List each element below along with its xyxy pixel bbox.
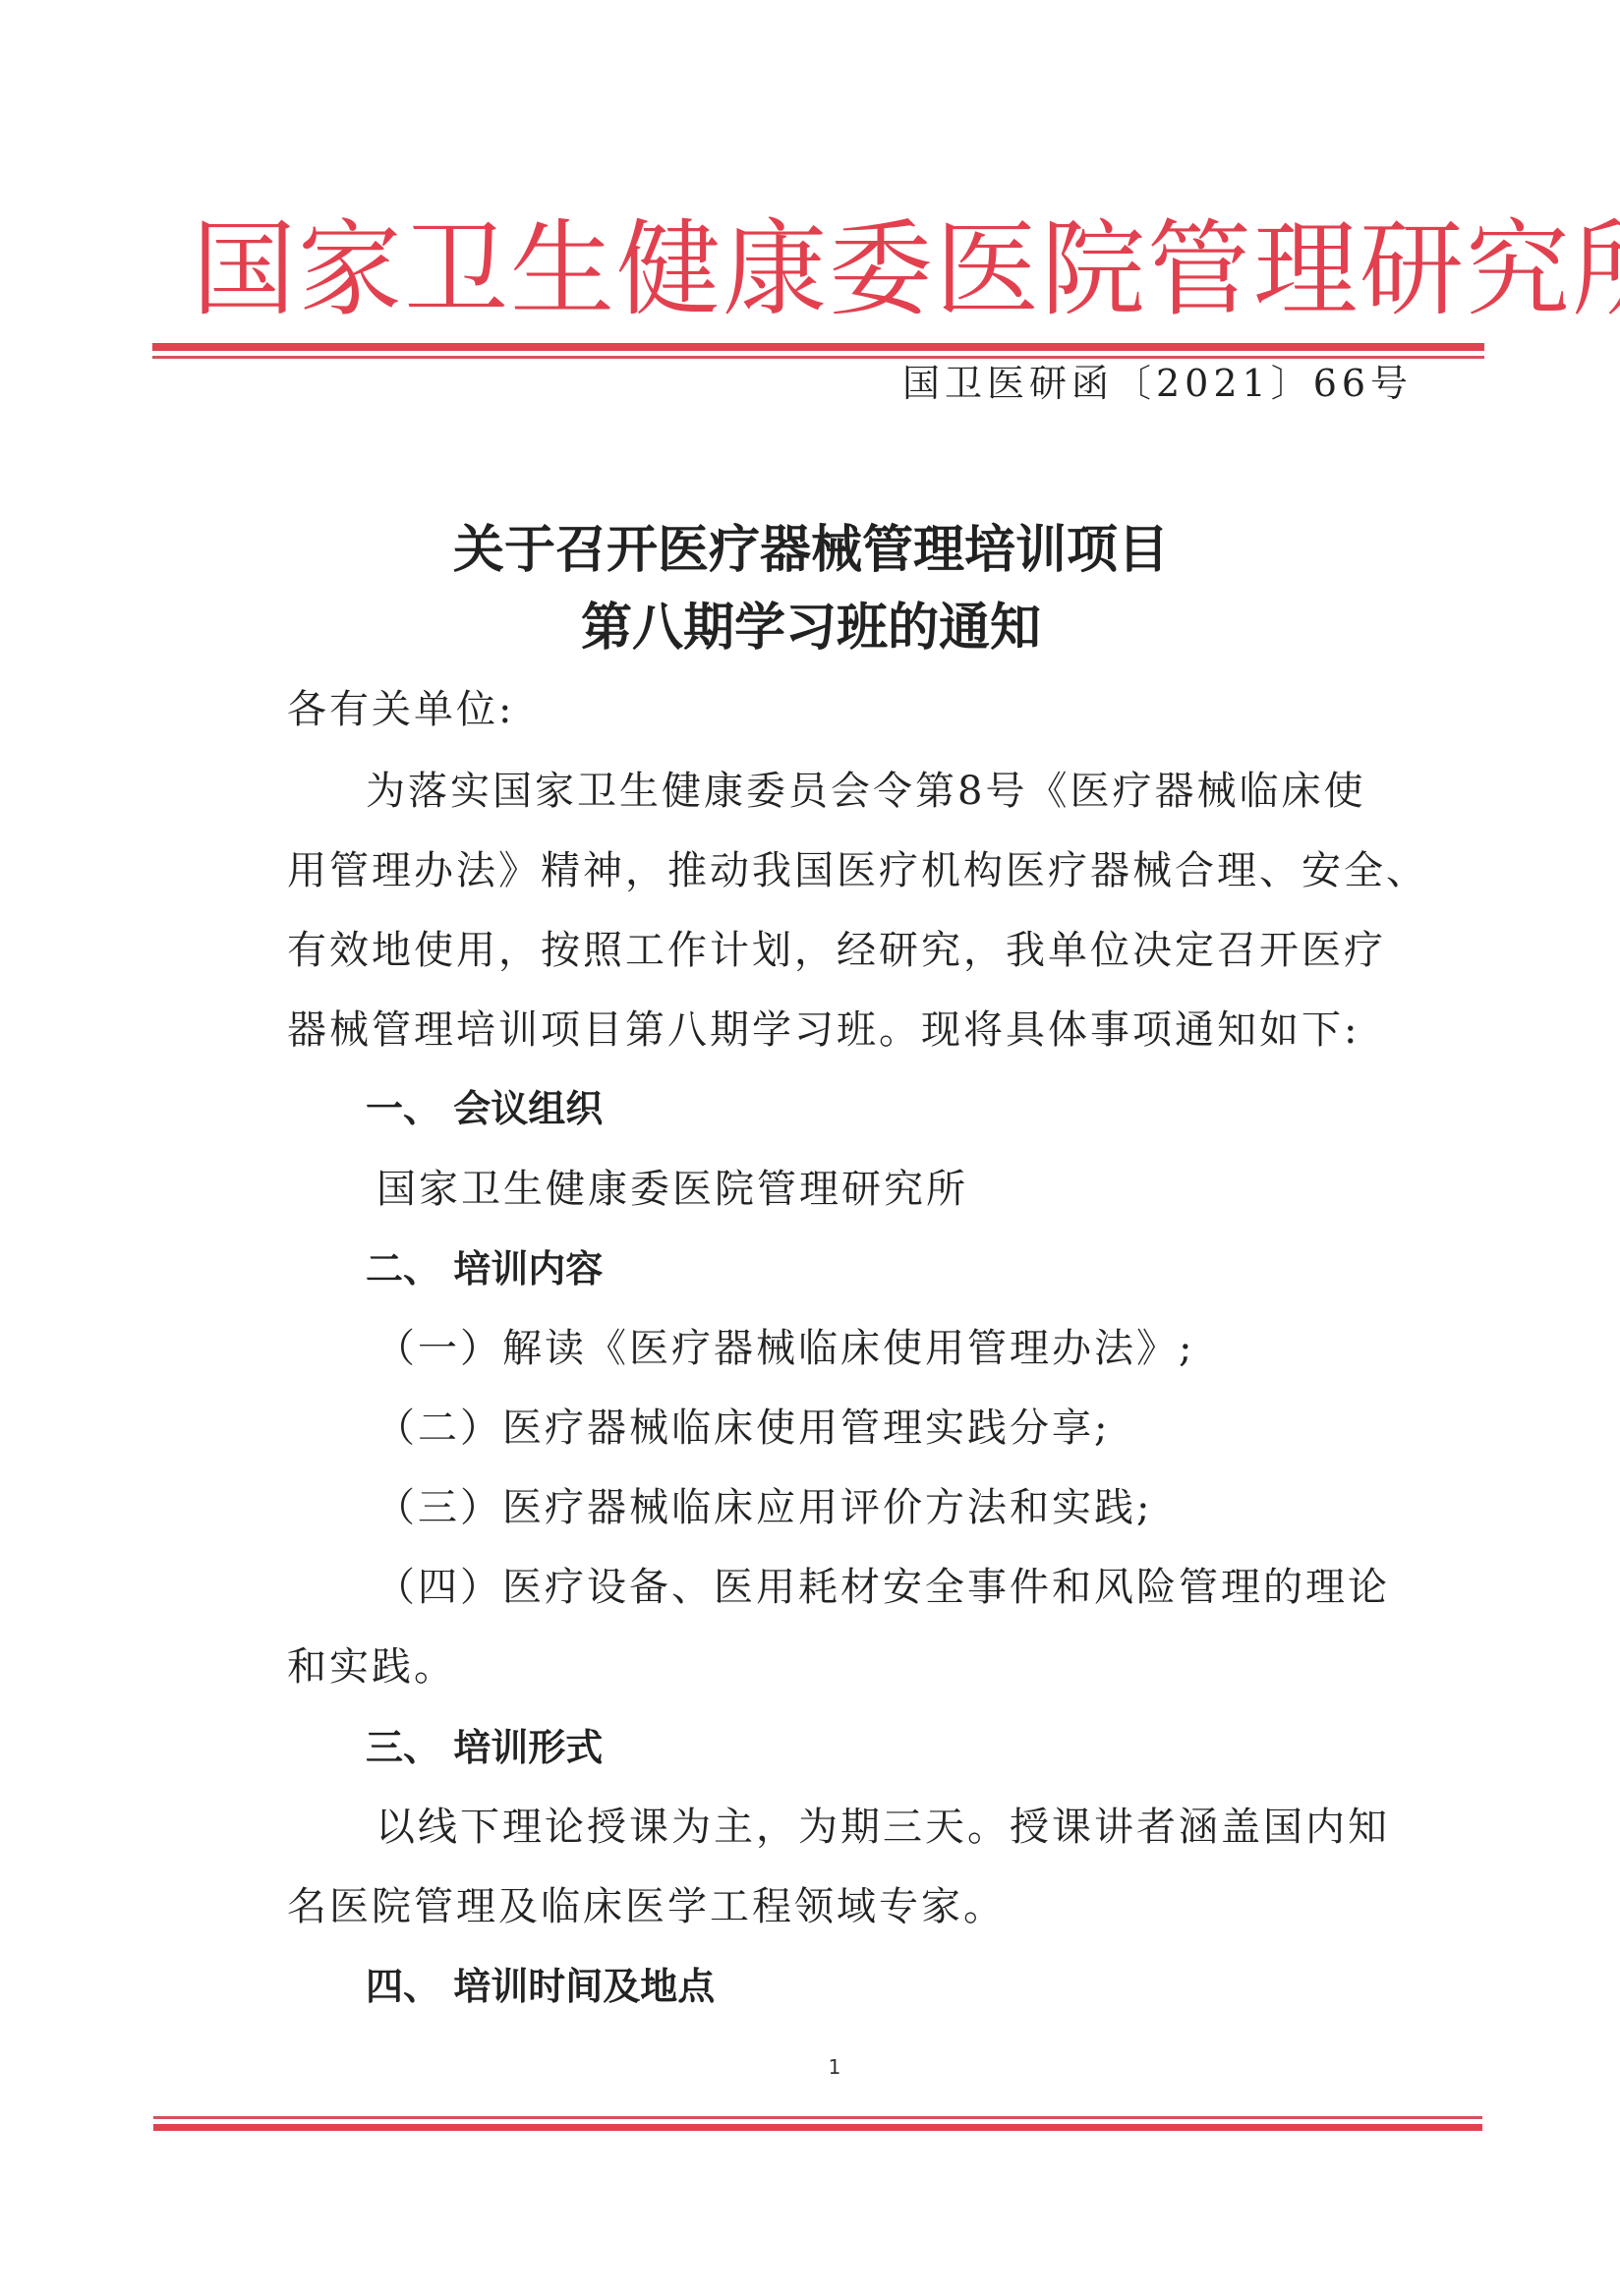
letterhead-rule-thick	[152, 343, 1484, 351]
intro-line: 为落实国家卫生健康委员会令第8号《医疗器械临床使	[366, 764, 1365, 819]
document-number: 国卫医研函〔2021〕66号	[902, 356, 1374, 411]
training-item: （一）解读《医疗器械临床使用管理办法》;	[376, 1321, 1194, 1376]
section-content: 国家卫生健康委医院管理研究所	[376, 1162, 968, 1217]
intro-line: 有效地使用，按照工作计划，经研究，我单位决定召开医疗	[287, 923, 1386, 978]
section-heading-training-content: 二、 培训内容	[366, 1241, 603, 1296]
intro-line: 用管理办法》精神，推动我国医疗机构医疗器械合理、安全、	[287, 843, 1428, 898]
training-item: （三）医疗器械临床应用评价方法和实践;	[376, 1480, 1152, 1535]
section-heading-training-format: 三、 培训形式	[366, 1720, 603, 1775]
section-content: 以线下理论授课为主，为期三天。授课讲者涵盖国内知	[376, 1800, 1390, 1855]
section-heading-organization: 一、 会议组织	[366, 1081, 603, 1136]
section-heading-time-location: 四、 培训时间及地点	[366, 1959, 715, 2014]
notice-title-line-1: 关于召开医疗器械管理培训项目	[295, 516, 1327, 585]
footer-rule-thin	[153, 2116, 1482, 2119]
section-content: 名医院管理及临床医学工程领域专家。	[287, 1879, 1006, 1934]
intro-line: 器械管理培训项目第八期学习班。现将具体事项通知如下:	[287, 1003, 1360, 1058]
salutation: 各有关单位:	[287, 682, 514, 737]
letterhead-organization: 国家卫生健康委医院管理研究所	[192, 201, 1460, 339]
training-item: （四）医疗设备、医用耗材安全事件和风险管理的理论	[376, 1560, 1390, 1615]
page-number: 1	[820, 2052, 849, 2082]
training-item: 和实践。	[287, 1639, 456, 1694]
footer-rule-thick	[153, 2124, 1482, 2131]
notice-title-line-2: 第八期学习班的通知	[295, 594, 1327, 662]
training-item: （二）医疗器械临床使用管理实践分享;	[376, 1401, 1110, 1456]
